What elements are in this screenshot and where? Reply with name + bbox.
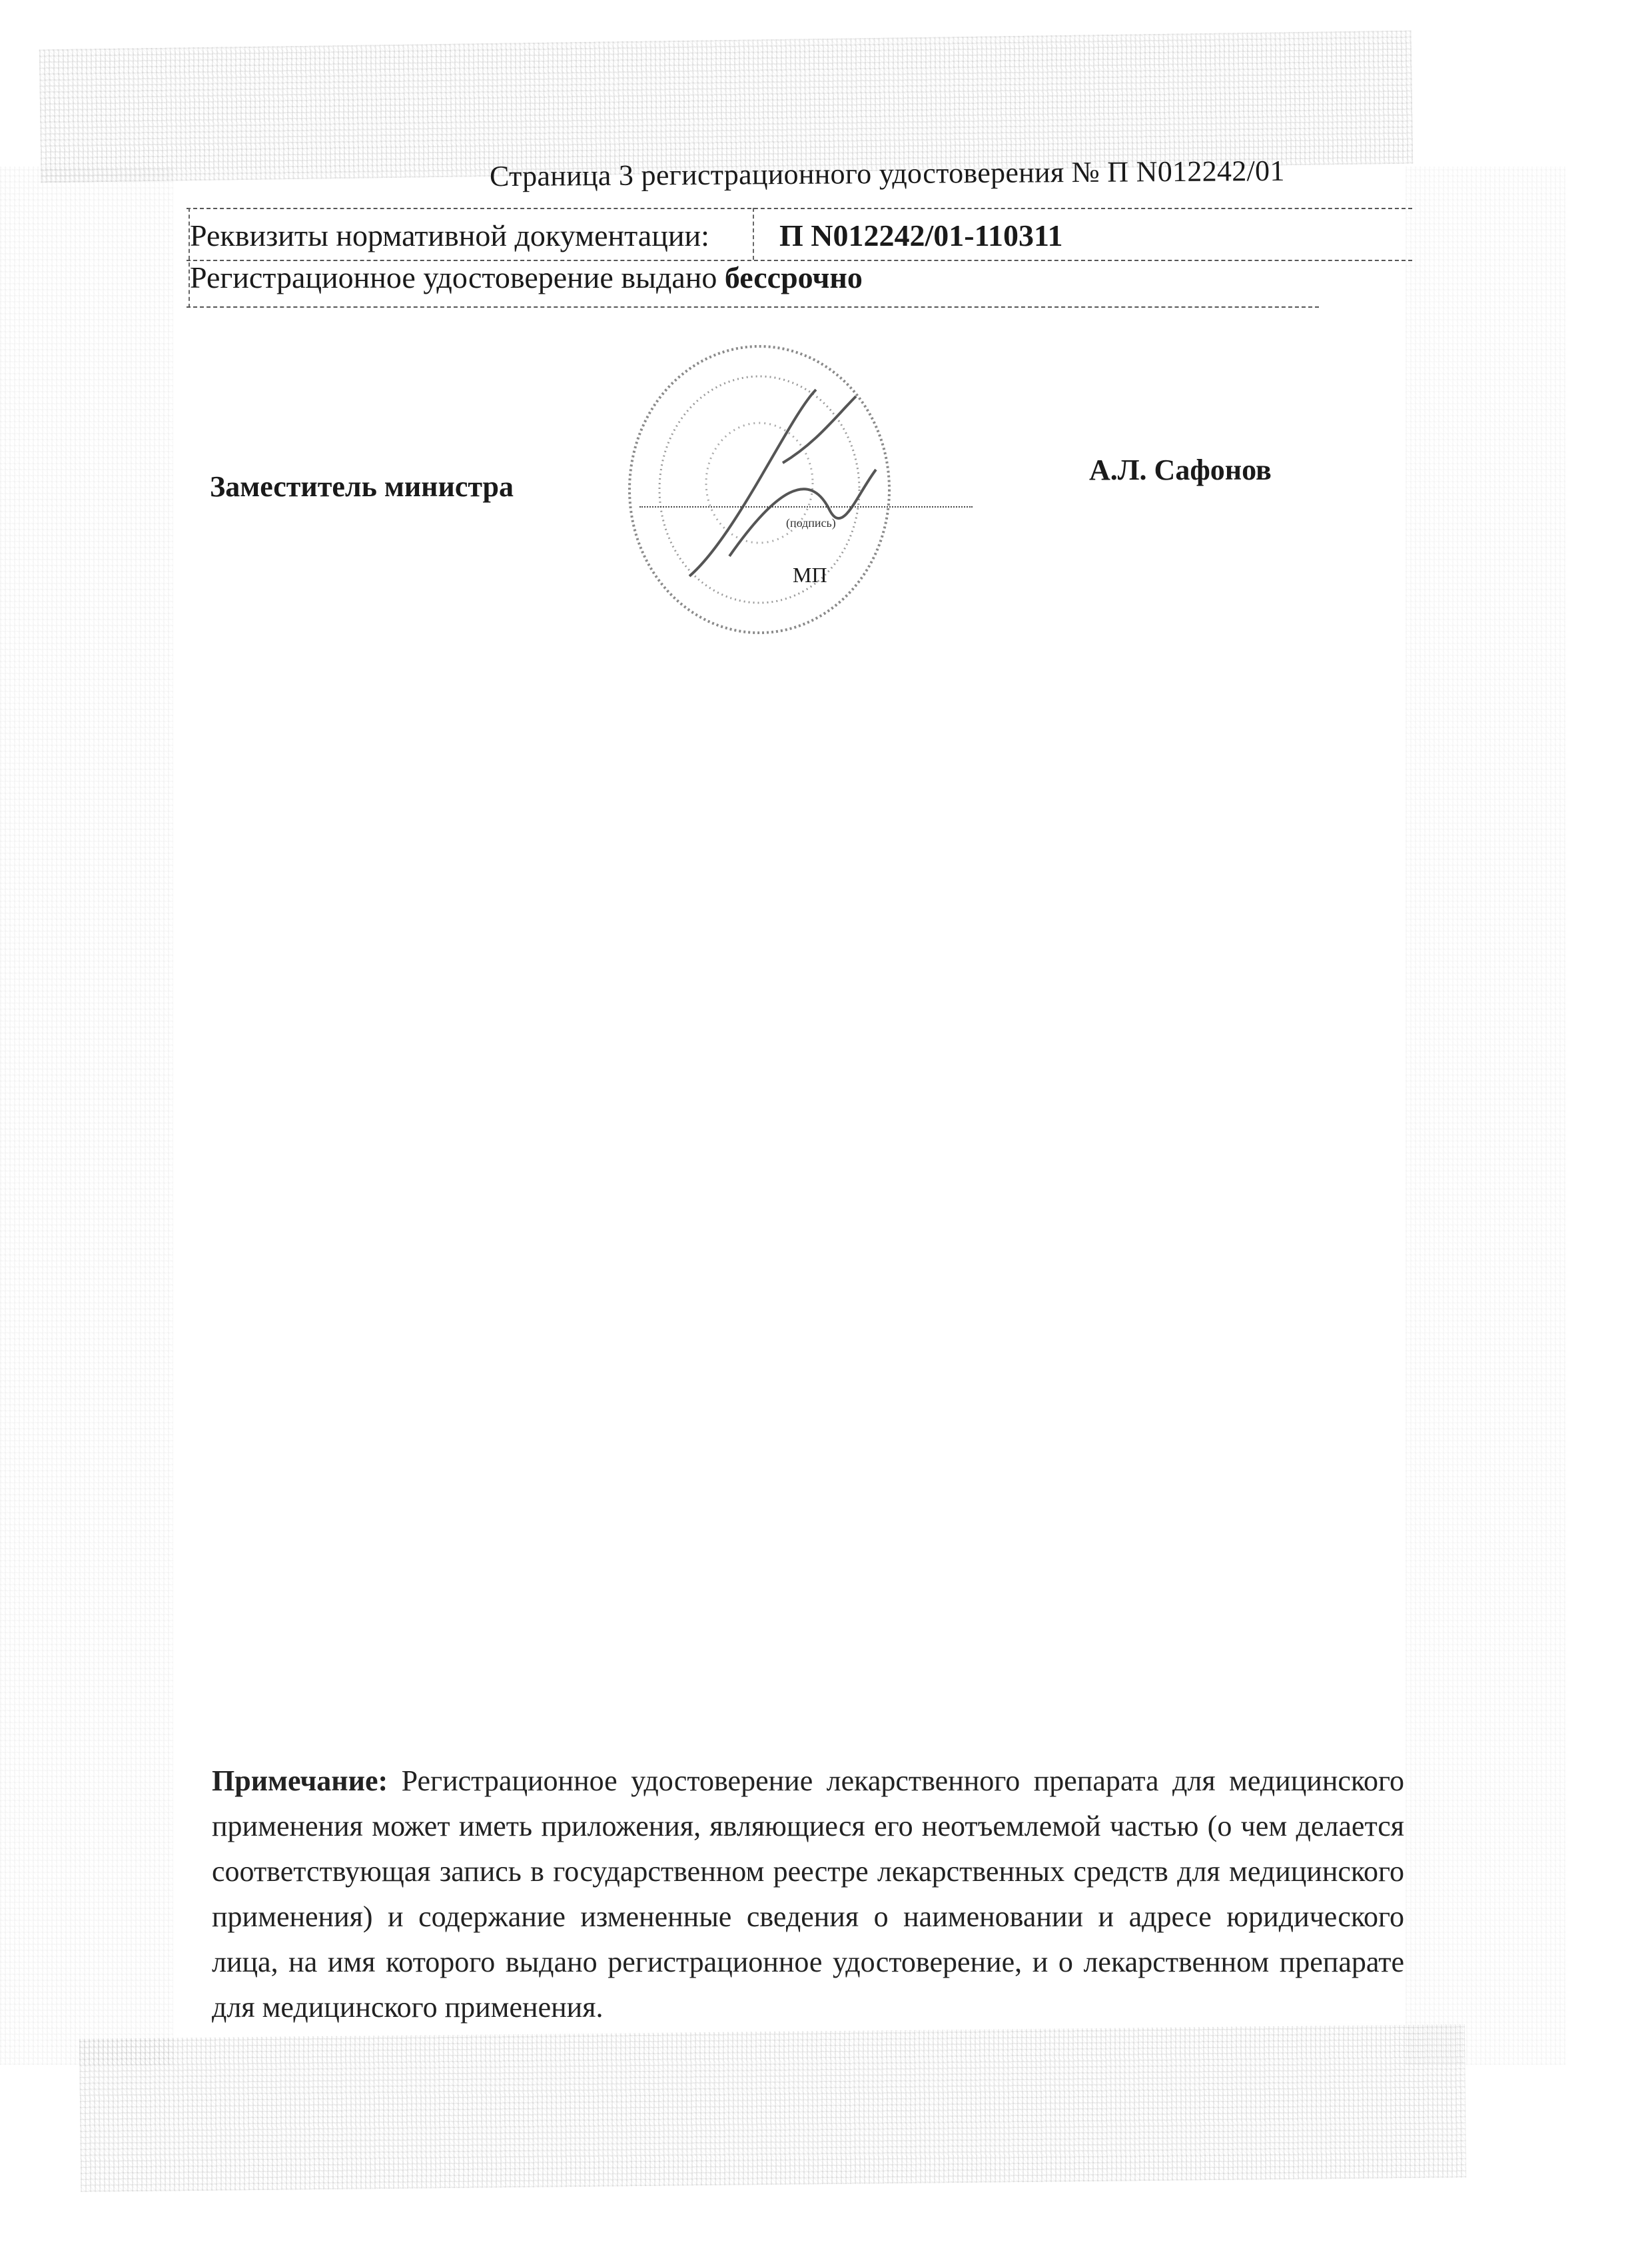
validity-prefix: Регистрационное удостоверение выдано [190,260,725,294]
validity-term: бессрочно [725,260,863,294]
scan-noise-right [1406,167,1565,2065]
note-label: Примечание: [212,1764,388,1797]
note-paragraph: Примечание: Регистрационное удостоверени… [212,1758,1404,2030]
signatory-position: Заместитель министра [210,470,514,504]
scan-noise-left [0,167,173,2065]
scan-noise-bottom [79,2024,1466,2192]
signature-caption: (подпись) [786,516,836,530]
table-rule-bottom [187,306,1319,308]
page-header: Страница 3 регистрационного удостоверени… [490,154,1285,193]
requisites-value: П N012242/01-110311 [759,218,1063,253]
requisites-label: Реквизиты нормативной документации: [190,218,759,253]
note-text: Регистрационное удостоверение лекарствен… [212,1764,1404,2024]
validity-statement: Регистрационное удостоверение выдано бес… [190,260,863,295]
signature-line [639,506,973,508]
seal-label: МП [793,563,827,587]
signatory-name: А.Л. Сафонов [1089,453,1272,487]
table-rule-top [187,208,1412,209]
table-rule-divider [753,208,754,260]
official-seal-icon [616,336,903,643]
requisites-row: Реквизиты нормативной документации: П N0… [190,212,1402,258]
